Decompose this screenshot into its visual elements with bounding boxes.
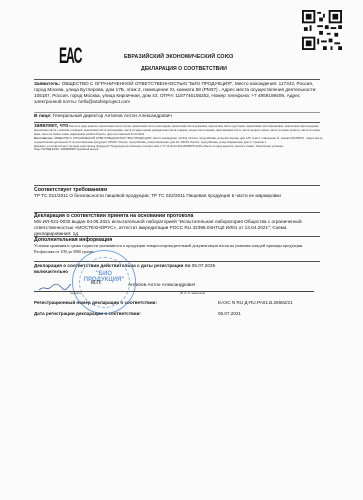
protocol-text: MS-ИЛ-021-0032 выдан 04.06.2021 испытате… [34, 219, 320, 237]
signature-caption: (подпись) [70, 292, 82, 295]
additional-section: Дополнительная информация Условия хранен… [34, 237, 320, 255]
conforms-section: Соответствует требованиям ТР ТС 021/2011… [34, 187, 320, 199]
signer-name: Антипов Антон Александрович [128, 282, 195, 288]
qr-code [302, 10, 342, 50]
registration-date-label: Дата регистрации декларации о соответств… [34, 311, 141, 316]
additional-text: Условия хранения и сроки годности указыв… [34, 243, 320, 255]
divider [34, 185, 320, 186]
product-description: Паста из ядер арахиса: арахисовая паста … [34, 125, 320, 136]
representative-label: В лице: [34, 113, 52, 118]
registration-number-label: Регистрационный номер декларации о соотв… [34, 300, 157, 305]
eac-mark: EAC [59, 43, 81, 69]
representative-section: В лице: Генеральный директор Антипов Ант… [34, 113, 320, 119]
divider [34, 122, 320, 123]
customs-code: Коды ТН ВЭД ЕАЭС: 2008999900 Серийный вы… [34, 148, 99, 151]
validity-suffix: включительно [34, 269, 68, 274]
applicant-text: ОБЩЕСТВО С ОГРАНИЧЕННОЙ ОТВЕТСТВЕННОСТЬЮ… [34, 81, 317, 104]
declares-section: заявляет, что Паста из ядер арахиса: ара… [34, 125, 324, 152]
divider [34, 261, 320, 262]
stamp-company-name: "БИО ПРОДУКЦИЯ" [79, 271, 129, 283]
stamp-mp: М.П. [91, 280, 102, 286]
registration-number: ЕАЭС N RU Д-RU.PA01.B.25682/21 [218, 300, 293, 305]
union-title: ЕВРАЗИЙСКИЙ ЭКОНОМИЧЕСКИЙ СОЮЗ [124, 54, 233, 60]
manufacturer-label: Изготовитель: [34, 137, 53, 140]
divider [34, 79, 320, 80]
registration-date: 06.07.2021 [218, 311, 241, 316]
representative-name: Генеральный директор Антипов Антон Алекс… [53, 113, 172, 118]
name-caption: (Ф. И. О. заявителя) [180, 292, 205, 295]
document-title: ДЕКЛАРАЦИЯ О СООТВЕТСТВИИ [141, 66, 227, 72]
manufacturer-text: ОБЩЕСТВО С ОГРАНИЧЕННОЙ ОТВЕТСТВЕННОСТЬЮ… [34, 137, 322, 144]
applicant-section: Заявитель: ОБЩЕСТВО С ОГРАНИЧЕННОЙ ОТВЕТ… [34, 81, 320, 105]
conforms-text: ТР ТС 021/2011 О безопасности пищевой пр… [34, 193, 320, 199]
applicant-label: Заявитель: [34, 81, 60, 86]
protocol-section: Декларация о соответствии принята на осн… [34, 213, 320, 237]
validity-date: 06.07.2026 [192, 263, 215, 268]
